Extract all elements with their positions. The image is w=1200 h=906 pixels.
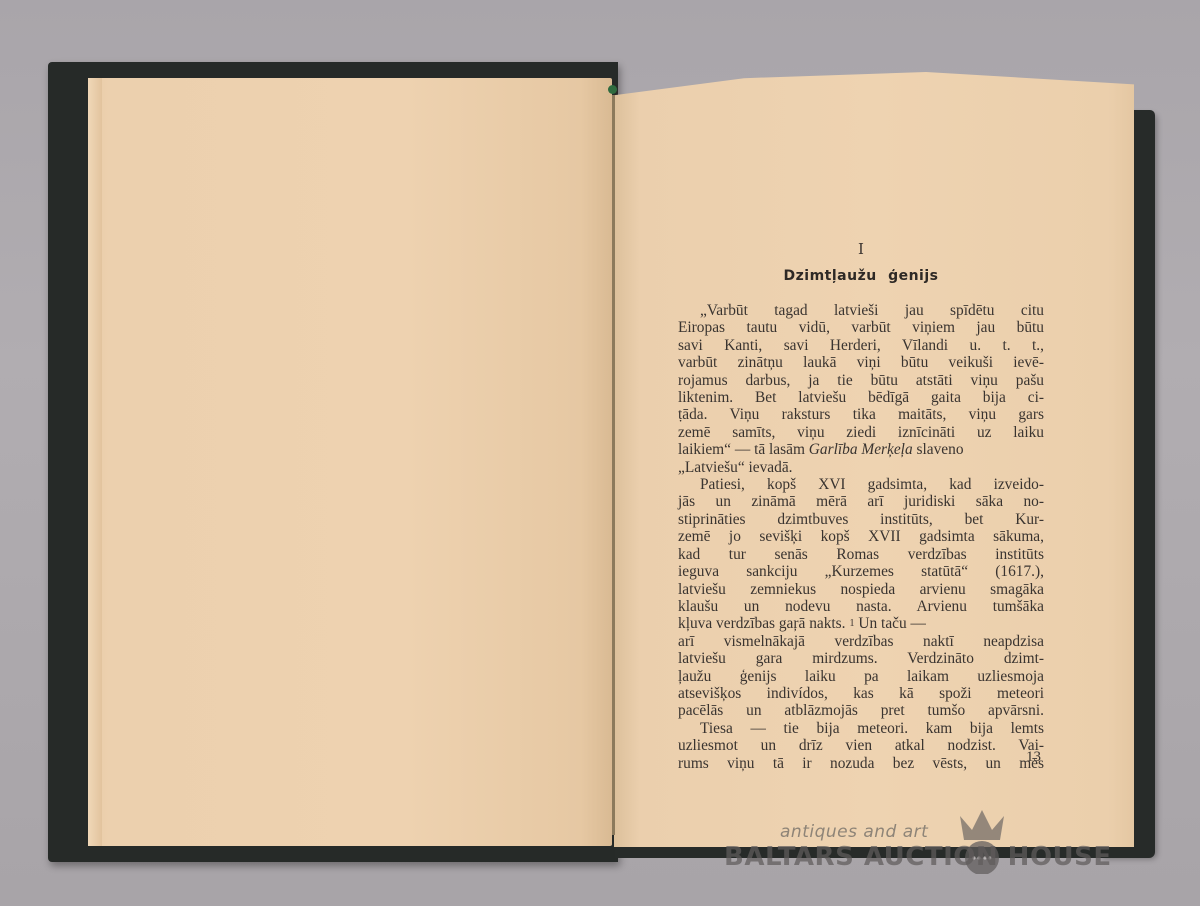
page-number: 13 [1026,749,1041,766]
text-line-content: uzliesmot un drīz vien atkal nodzist. Va… [678,737,1044,754]
text-line: varbūt zinātņu laukā viņi būtu veikuši i… [678,354,1044,371]
text-line: liktenim. Bet latviešu bēdīgā gaita bija… [678,389,1044,406]
text-line: laikiem“ — tā lasām Garlība Merķeļa slav… [678,441,1044,458]
text-line-content: Patiesi, kopš XVI gadsimta, kad izveido- [700,476,1044,493]
text-line-content: savi Kanti, savi Herderi, Vīlandi u. t. … [678,337,1044,354]
text-line: kad tur senās Romas verdzības institūts [678,546,1044,563]
right-page-text: I Dzimtļaužu ģenijs „Varbūt tagad latvie… [678,240,1044,772]
text-line: atsevišķos indivídos, kas kā spoži meteo… [678,685,1044,702]
text-line-content: arī vismelnākajā verdzības naktī neapdzi… [678,633,1044,650]
italic-author-name: Garlība Merķeļa [809,441,913,458]
text-line-content: kad tur senās Romas verdzības institūts [678,546,1044,563]
text-line-content: latviešu gara mirdzums. Verdzināto dzimt… [678,650,1044,667]
text-line: zemē jo sevišķi kopš XVII gadsimta sākum… [678,528,1044,545]
text-line: savi Kanti, savi Herderi, Vīlandi u. t. … [678,337,1044,354]
left-page-blank [88,78,612,846]
text-line: jās un zināmā mērā arī juridiski sāka no… [678,493,1044,510]
text-line-content: rojamus darbus, ja tie būtu atstāti viņu… [678,372,1044,389]
bookmark-thread-dot [608,85,617,94]
text-line: latviešu gara mirdzums. Verdzināto dzimt… [678,650,1044,667]
text-line: rums viņu tā ir nozuda bez vēsts, un mēs [678,755,1044,772]
text-line-content: „Latviešu“ ievadā. [678,459,793,476]
chapter-title: Dzimtļaužu ģenijs [678,268,1044,284]
text-line: „Latviešu“ ievadā. [678,459,1044,476]
text-line-content: Eiropas tautu vidū, varbūt viņiem jau bū… [678,319,1044,336]
text-line-content: laikiem“ — tā lasām [678,441,809,458]
text-line-content: Tiesa — tie bija meteori. kam bija lemts [700,720,1044,737]
book-gutter [612,95,615,835]
text-line: ļaužu ģenijs laiku pa laikam uzliesmoja [678,668,1044,685]
text-line-content: klaušu un nodevu nasta. Arvienu tumšāka [678,598,1044,615]
text-line-content: ieguva sankciju „Kurzemes statūtā“ (1617… [678,563,1044,580]
chapter-number: I [678,240,1044,258]
text-line: zemē samīts, viņu ziedi iznīcināti uz la… [678,424,1044,441]
text-line-content: Un taču — [855,615,926,632]
text-line-content: atsevišķos indivídos, kas kā spoži meteo… [678,685,1044,702]
text-line-content: liktenim. Bet latviešu bēdīgā gaita bija… [678,389,1044,406]
text-line-content: varbūt zinātņu laukā viņi būtu veikuši i… [678,354,1044,371]
text-line: stiprināties dzimtbuves institūts, bet K… [678,511,1044,528]
text-line-content: rums viņu tā ir nozuda bez vēsts, un mēs [678,755,1044,772]
text-line: latviešu zemniekus nospieda arvienu smag… [678,581,1044,598]
text-line: „Varbūt tagad latvieši jau spīdētu citu [678,302,1044,319]
text-line: arī vismelnākajā verdzības naktī neapdzi… [678,633,1044,650]
text-line: Tiesa — tie bija meteori. kam bija lemts [678,720,1044,737]
text-line-content: kļuva verdzības gaŗā nakts. [678,615,846,632]
text-line-content: ṭāda. Viņu raksturs tika maitāts, viņu g… [678,406,1044,423]
text-line: uzliesmot un drīz vien atkal nodzist. Va… [678,737,1044,754]
text-line-content: zemē jo sevišķi kopš XVII gadsimta sākum… [678,528,1044,545]
text-line-content: ļaužu ģenijs laiku pa laikam uzliesmoja [678,668,1044,685]
text-line-content: „Varbūt tagad latvieši jau spīdētu citu [700,302,1044,319]
text-line: kļuva verdzības gaŗā nakts.1 Un taču — [678,615,1044,632]
text-line: rojamus darbus, ja tie būtu atstāti viņu… [678,372,1044,389]
text-line-content: slaveno [913,441,964,458]
text-line-content: zemē samīts, viņu ziedi iznīcināti uz la… [678,424,1044,441]
text-line-content: latviešu zemniekus nospieda arvienu smag… [678,581,1044,598]
text-line: ṭāda. Viņu raksturs tika maitāts, viņu g… [678,406,1044,423]
text-line: klaušu un nodevu nasta. Arvienu tumšāka [678,598,1044,615]
text-line-content: jās un zināmā mērā arī juridiski sāka no… [678,493,1044,510]
text-line: ieguva sankciju „Kurzemes statūtā“ (1617… [678,563,1044,580]
text-line-content: pacēlās un atblāzmojās pret tumšo apvārs… [678,702,1044,719]
text-line: pacēlās un atblāzmojās pret tumšo apvārs… [678,702,1044,719]
text-line: Eiropas tautu vidū, varbūt viņiem jau bū… [678,319,1044,336]
text-line-content: stiprināties dzimtbuves institūts, bet K… [678,511,1044,528]
text-line: Patiesi, kopš XVI gadsimta, kad izveido- [678,476,1044,493]
